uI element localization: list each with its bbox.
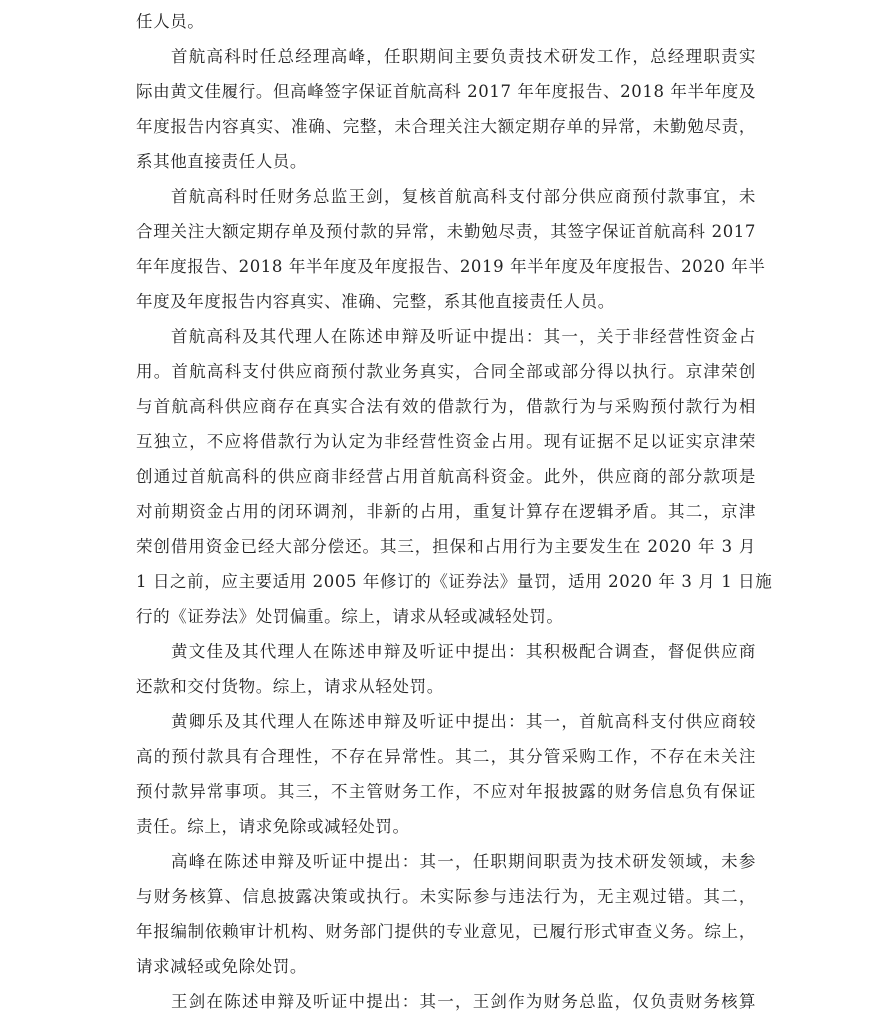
text-line: 首航高科时任总经理高峰，任职期间主要负责技术研发工作，总经理职责实 bbox=[136, 43, 756, 78]
text-line: 系其他直接责任人员。 bbox=[136, 148, 756, 183]
text-line: 首航高科及其代理人在陈述申辩及听证中提出：其一，关于非经营性资金占 bbox=[136, 323, 756, 358]
text-line: 黄卿乐及其代理人在陈述申辩及听证中提出：其一，首航高科支付供应商较 bbox=[136, 708, 756, 743]
text-line: 荣创借用资金已经大部分偿还。其三，担保和占用行为主要发生在 2020 年 3 月 bbox=[136, 533, 756, 568]
text-line: 黄文佳及其代理人在陈述申辩及听证中提出：其积极配合调查，督促供应商 bbox=[136, 638, 756, 673]
text-line: 年报编制依赖审计机构、财务部门提供的专业意见，已履行形式审查义务。综上， bbox=[136, 918, 756, 953]
text-line: 责任。综上，请求免除或减轻处罚。 bbox=[136, 813, 756, 848]
text-line: 际由黄文佳履行。但高峰签字保证首航高科 2017 年年度报告、2018 年半年度… bbox=[136, 78, 756, 113]
text-line: 年度及年度报告内容真实、准确、完整，系其他直接责任人员。 bbox=[136, 288, 756, 323]
text-line: 还款和交付货物。综上，请求从轻处罚。 bbox=[136, 673, 756, 708]
text-line: 高的预付款具有合理性，不存在异常性。其二，其分管采购工作，不存在未关注 bbox=[136, 743, 756, 778]
text-line: 1 日之前，应主要适用 2005 年修订的《证券法》量罚，适用 2020 年 3… bbox=[136, 568, 756, 603]
text-line: 合理关注大额定期存单及预付款的异常，未勤勉尽责，其签字保证首航高科 2017 bbox=[136, 218, 756, 253]
text-line: 预付款异常事项。其三，不主管财务工作，不应对年报披露的财务信息负有保证 bbox=[136, 778, 756, 813]
text-line: 任人员。 bbox=[136, 8, 756, 43]
text-line: 行的《证券法》处罚偏重。综上，请求从轻或减轻处罚。 bbox=[136, 603, 756, 638]
text-line: 请求减轻或免除处罚。 bbox=[136, 953, 756, 988]
text-line: 年度报告内容真实、准确、完整，未合理关注大额定期存单的异常，未勤勉尽责， bbox=[136, 113, 756, 148]
text-line: 年年度报告、2018 年半年度及年度报告、2019 年半年度及年度报告、2020… bbox=[136, 253, 756, 288]
text-line: 对前期资金占用的闭环调剂，非新的占用，重复计算存在逻辑矛盾。其二，京津 bbox=[136, 498, 756, 533]
text-line: 与财务核算、信息披露决策或执行。未实际参与违法行为，无主观过错。其二， bbox=[136, 883, 756, 918]
document-page: 任人员。 首航高科时任总经理高峰，任职期间主要负责技术研发工作，总经理职责实 际… bbox=[136, 8, 756, 1023]
text-line: 创通过首航高科的供应商非经营占用首航高科资金。此外，供应商的部分款项是 bbox=[136, 463, 756, 498]
text-line: 高峰在陈述申辩及听证中提出：其一，任职期间职责为技术研发领域，未参 bbox=[136, 848, 756, 883]
text-line: 互独立，不应将借款行为认定为非经营性资金占用。现有证据不足以证实京津荣 bbox=[136, 428, 756, 463]
text-line: 用。首航高科支付供应商预付款业务真实，合同全部或部分得以执行。京津荣创 bbox=[136, 358, 756, 393]
text-line: 与首航高科供应商存在真实合法有效的借款行为，借款行为与采购预付款行为相 bbox=[136, 393, 756, 428]
text-line: 首航高科时任财务总监王剑，复核首航高科支付部分供应商预付款事宜，未 bbox=[136, 183, 756, 218]
text-line: 王剑在陈述申辩及听证中提出：其一，王剑作为财务总监，仅负责财务核算 bbox=[136, 988, 756, 1023]
